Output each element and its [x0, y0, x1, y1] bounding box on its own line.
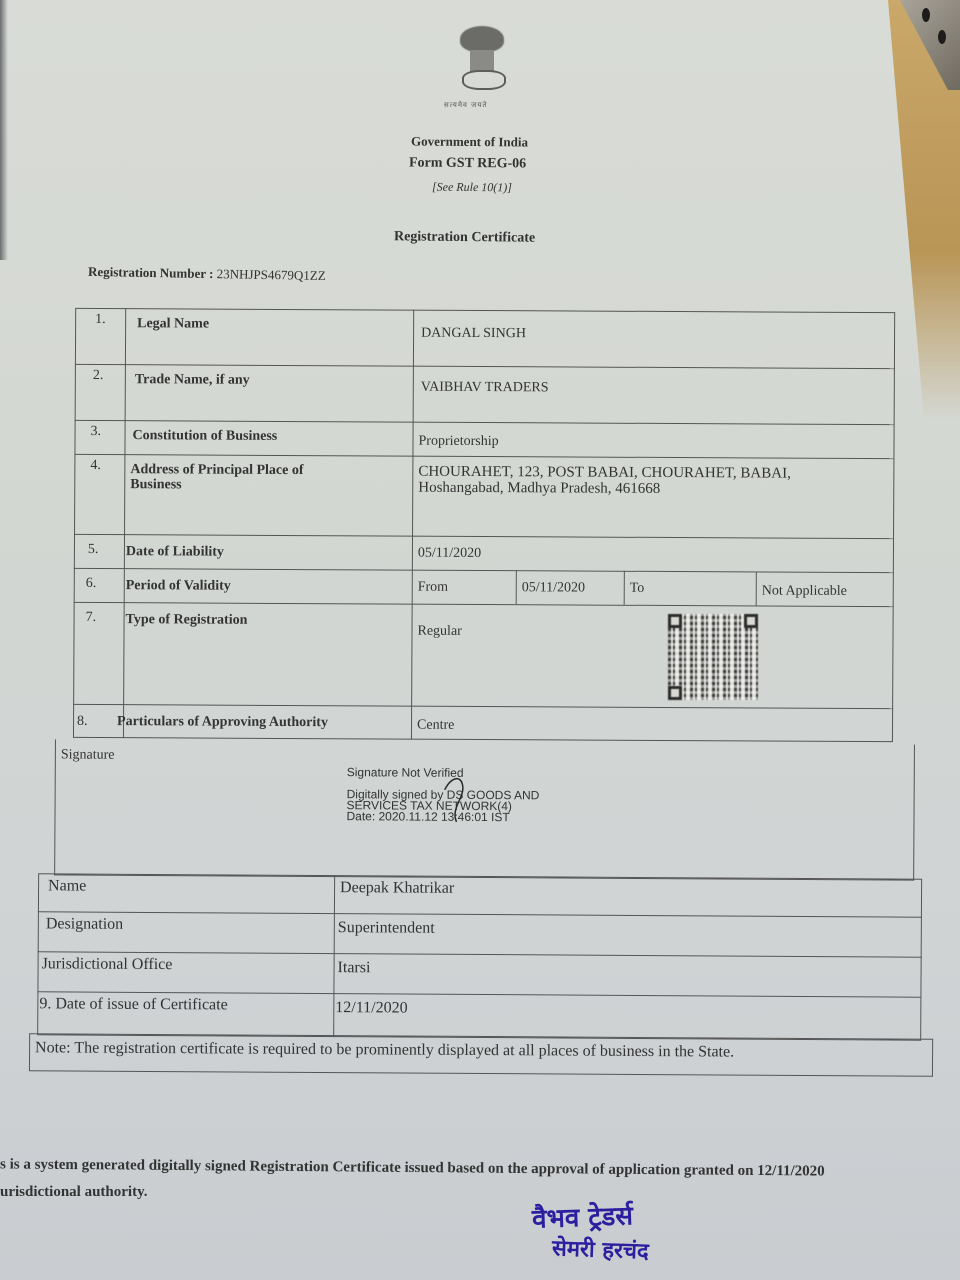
designation-value: Superintendent — [338, 919, 435, 938]
jurisdictional-office-label: Jurisdictional Office — [42, 955, 173, 974]
jurisdictional-office-value: Itarsi — [338, 959, 371, 977]
issue-date-value: 12/11/2020 — [335, 999, 407, 1017]
officer-name-value: Deepak Khatrikar — [340, 879, 454, 898]
issue-date-label: 9. Date of issue of Certificate — [39, 995, 227, 1014]
signature-block: Signature Signature Not Verified Digital… — [0, 0, 960, 1280]
verification-tick-icon — [440, 770, 480, 830]
footer-line-2: urisdictional authority. — [0, 1184, 148, 1201]
designation-label: Designation — [46, 915, 123, 933]
stamp-trade-name: वैभव ट्रेडर्स — [531, 1196, 633, 1235]
signature-label: Signature — [61, 747, 115, 763]
stamp-place: सेमरी हरचंद — [552, 1232, 650, 1265]
officer-name-label: Name — [48, 877, 86, 895]
